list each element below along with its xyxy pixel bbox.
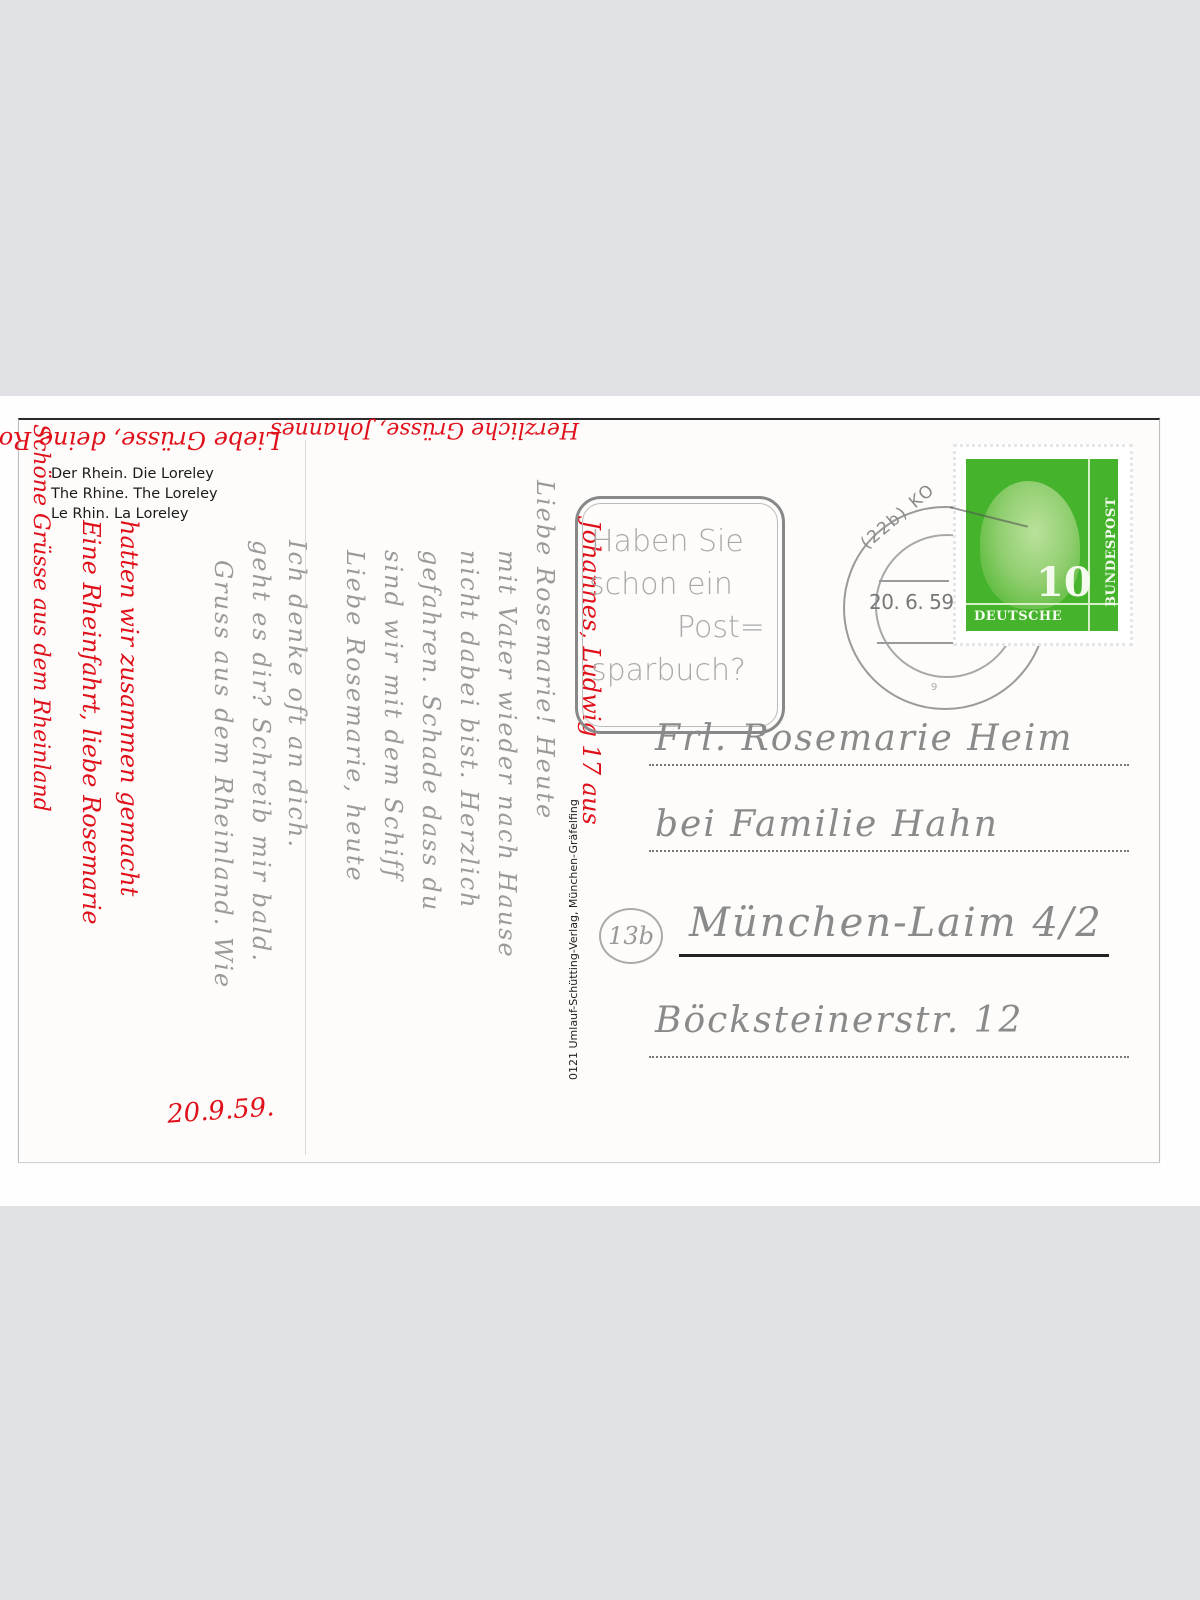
postcard: Liebe Grüsse, deine Rosemarie Herzliche … [18,418,1160,1163]
postage-stamp: 10 DEUTSCHE BUNDESPOST [953,444,1133,646]
publisher-imprint: 0121 Umlauf-Schütting-Verlag, München-Gr… [567,520,568,521]
address-city: München-Laim 4/2 [689,900,1103,946]
message-address-divider [305,440,306,1155]
stamp-service: BUNDESPOST [1104,497,1119,607]
postmark-bottom-mark: 9 [931,682,937,693]
pencil-message-line-2: geht es dir? Schreib mir bald. [247,540,275,963]
pencil-message-line-9: Liebe Rosemarie! Heute [531,480,559,820]
caption-german: Der Rhein. Die Loreley [51,464,218,484]
stamp-face: 10 DEUTSCHE BUNDESPOST [966,459,1118,631]
message-date: 20.9.59. [166,1092,275,1129]
red-handwriting-left-1: Schöne Grüsse aus dem Rheinland [28,424,53,812]
pencil-message-line-7: nicht dabei bist. Herzlich [455,550,483,910]
address-line-3 [679,954,1109,957]
pencil-message-line-1: Gruss aus dem Rheinland. Wie [209,560,237,989]
routing-number: 13b [599,908,663,964]
address-line-1 [649,764,1129,766]
address-care-of: bei Familie Hahn [655,804,999,845]
stamp-value: 10 [1036,559,1092,606]
pencil-message-line-3: Ich denke oft an dich. [283,540,311,849]
postmark-bar-top [879,580,949,582]
image-caption: Der Rhein. Die Loreley The Rhine. The Lo… [51,464,218,524]
pencil-message-line-8: mit Vater wieder nach Hause [493,550,521,959]
address-line-4 [649,1056,1129,1058]
promo-cancellation-text: Haben Sie schon ein Post= sparbuch? [591,520,765,692]
red-handwriting-left-2: Eine Rheinfahrt, liebe Rosemarie [77,520,105,925]
address-recipient: Frl. Rosemarie Heim [655,718,1074,759]
pencil-message-line-6: gefahren. Schade dass du [417,550,445,912]
red-handwriting-top-2: Herzliche Grüsse, Johannes [270,417,579,442]
red-handwriting-left-3: hatten wir zusammen gemacht [115,520,143,896]
address-line-2 [649,850,1129,852]
stamp-country: DEUTSCHE [974,609,1062,624]
pencil-message-line-4: Liebe Rosemarie, heute [341,550,369,883]
caption-english: The Rhine. The Loreley [51,484,218,504]
pencil-message-line-5: sind wir mit dem Schiff [379,550,407,880]
address-street: Böcksteinerstr. 12 [655,1000,1023,1041]
